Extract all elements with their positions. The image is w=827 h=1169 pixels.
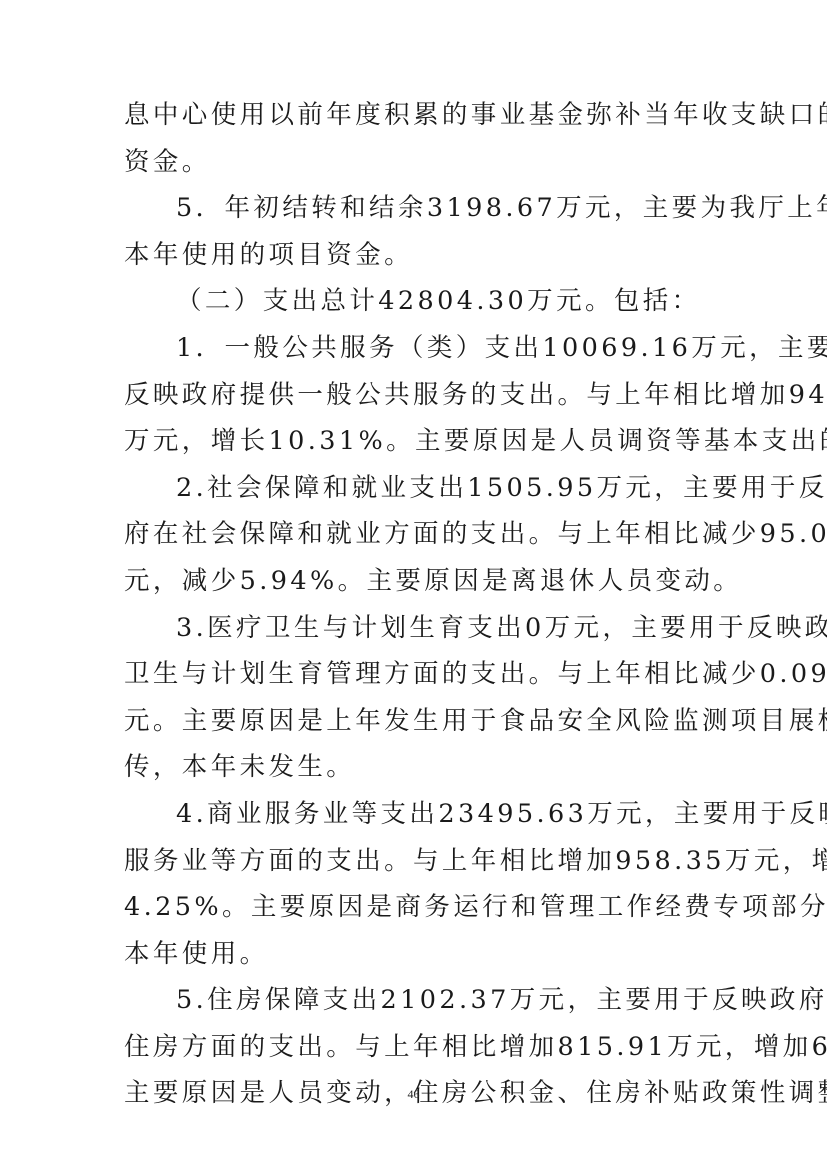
text-line: 资金。 — [124, 139, 704, 186]
text-line: 住房方面的支出。与上年相比增加815.91万元，增加63.42%。 — [124, 1024, 704, 1071]
text-line: 元。主要原因是上年发生用于食品安全风险监测项目展板宣 — [124, 698, 704, 745]
text-line: 4.25%。主要原因是商务运行和管理工作经费专项部分结转 — [124, 884, 704, 931]
text-line: 本年使用。 — [124, 931, 704, 978]
text-line: 卫生与计划生育管理方面的支出。与上年相比减少0.09万 — [124, 651, 704, 698]
text-line: 元，减少5.94%。主要原因是离退休人员变动。 — [124, 558, 704, 605]
text-line: 传，本年未发生。 — [124, 744, 704, 791]
text-line: 反映政府提供一般公共服务的支出。与上年相比增加941.29 — [124, 372, 704, 419]
page-number: 46 — [0, 1087, 827, 1102]
text-line: 本年使用的项目资金。 — [124, 232, 704, 279]
text-line: 5.住房保障支出2102.37万元，主要用于反映政府用于 — [124, 977, 704, 1024]
text-line: 4.商业服务业等支出23495.63万元，主要用于反映商业 — [124, 791, 704, 838]
body-text: 息中心使用以前年度积累的事业基金弥补当年收支缺口的 资金。 5．年初结转和结余3… — [124, 92, 704, 1117]
section-heading: （二）支出总计42804.30万元。包括： — [124, 278, 704, 325]
text-line: 5．年初结转和结余3198.67万元，主要为我厅上年结转 — [124, 185, 704, 232]
text-line: 万元，增长10.31%。主要原因是人员调资等基本支出的增加。 — [124, 418, 704, 465]
text-line: 息中心使用以前年度积累的事业基金弥补当年收支缺口的 — [124, 92, 704, 139]
document-page: 息中心使用以前年度积累的事业基金弥补当年收支缺口的 资金。 5．年初结转和结余3… — [0, 0, 827, 1169]
text-line: 2.社会保障和就业支出1505.95万元，主要用于反映政 — [124, 465, 704, 512]
text-line: 3.医疗卫生与计划生育支出0万元，主要用于反映政府 — [124, 605, 704, 652]
text-line: 府在社会保障和就业方面的支出。与上年相比减少95.08万 — [124, 511, 704, 558]
text-line: 服务业等方面的支出。与上年相比增加958.35万元，增加 — [124, 838, 704, 885]
text-line: 1．一般公共服务（类）支出10069.16万元，主要用于 — [124, 325, 704, 372]
